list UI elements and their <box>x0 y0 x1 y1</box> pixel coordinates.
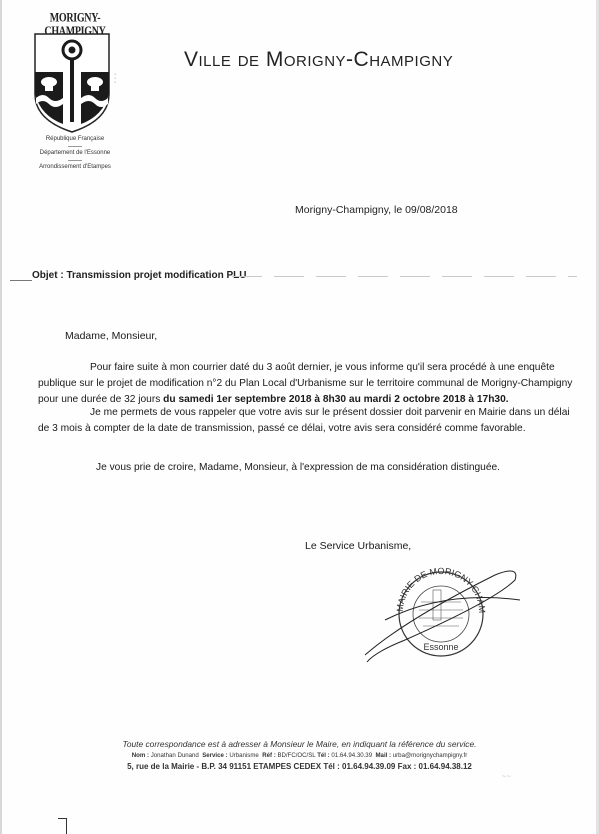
contact-phone: 01.64.94.30.39 <box>331 752 372 759</box>
label-mail: Mail : <box>375 752 391 759</box>
contact-ref: BD/FC/OC/SL <box>277 752 315 759</box>
contact-service: Urbanisme <box>229 752 258 759</box>
stamp-text-bottom: Essonne <box>423 642 458 652</box>
divider <box>68 160 82 161</box>
paragraph-deadline: Je me permets de vous rappeler que votre… <box>38 405 578 437</box>
admin-line-republic: République Française <box>20 136 130 142</box>
town-title: Ville de Morigny-Champigny <box>184 48 453 72</box>
inquiry-dates: du samedi 1er septembre 2018 à 8h30 au m… <box>163 394 508 405</box>
footer-contact: Nom : Jonathan Dunand Service : Urbanism… <box>0 752 599 759</box>
coat-of-arms-icon <box>33 32 111 134</box>
letter-page: MORIGNY-CHAMPIGNY ▪▪▪ République Françai… <box>0 0 599 834</box>
contact-email: urba@morignychampigny.fr <box>393 752 468 759</box>
salutation: Madame, Monsieur, <box>65 330 157 342</box>
contact-name: Jonathan Dunand <box>151 752 199 759</box>
date-line: Morigny-Champigny, le 09/08/2018 <box>295 204 458 216</box>
admin-line-department: Département de l'Essonne <box>20 150 130 156</box>
label-service: Service : <box>202 752 227 759</box>
stamp-text-top: MAIRIE DE MORIGNY-CHAMPIGNY <box>345 550 487 613</box>
svg-text:MAIRIE DE MORIGNY-CHAMPIGNY: MAIRIE DE MORIGNY-CHAMPIGNY <box>345 550 487 613</box>
paragraph-inquiry: Pour faire suite à mon courrier daté du … <box>38 360 578 408</box>
scan-edge-left <box>0 0 2 834</box>
official-stamp-icon: MAIRIE DE MORIGNY-CHAMPIGNY Essonne <box>345 550 535 670</box>
admin-line-arrondissement: Arrondissement d'Etampes <box>20 164 130 170</box>
label-ref: Réf : <box>262 752 276 759</box>
closing-formula: Je vous prie de croire, Madame, Monsieur… <box>96 462 500 473</box>
scan-corner-mark <box>58 818 67 834</box>
divider <box>68 146 82 147</box>
footer-address: 5, rue de la Mairie - B.P. 34 91151 ETAM… <box>0 762 599 771</box>
label-tel: Tél : <box>317 752 330 759</box>
subject-rule <box>10 280 32 281</box>
handwritten-mark: ~·~· <box>502 774 511 780</box>
subject-line: Objet : Transmission projet modification… <box>32 270 246 281</box>
subject-rule-dashed <box>232 276 577 277</box>
label-nom: Nom : <box>132 752 149 759</box>
footer-notice: Toute correspondance est à adresser à Mo… <box>0 739 599 749</box>
crest-artist-mark: ▪▪▪ <box>113 72 117 84</box>
